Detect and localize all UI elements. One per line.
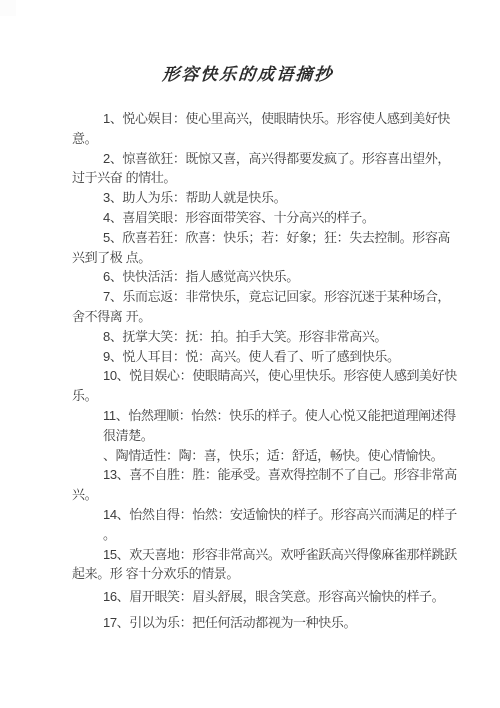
text-line: 意。 (72, 129, 440, 149)
document-page: 形容快乐的成语摘抄 1、悦心娱目：使心里高兴，使眼睛快乐。形容使人感到美好快意。… (0, 0, 500, 708)
text-line: 4、喜眉笑眼：形容面带笑容、十分高兴的样子。 (72, 208, 440, 228)
text-line: 17、引以为乐：把任何活动都视为一种快乐。 (72, 613, 440, 633)
text-line: 起来。形 容十分欢乐的情景。 (72, 564, 440, 584)
text-line: 13、喜不自胜：胜：能承受。喜欢得控制不了自己。形容非常高 (72, 465, 440, 485)
text-line: 3、助人为乐：帮助人就是快乐。 (72, 188, 440, 208)
document-body: 1、悦心娱目：使心里高兴，使眼睛快乐。形容使人感到美好快意。2、惊喜欲狂：既惊又… (0, 109, 500, 633)
text-line: 11、怡然理顺：怡然：快乐的样子。使人心悦又能把道理阐述得 (72, 406, 440, 426)
page-title: 形容快乐的成语摘抄 (0, 0, 500, 85)
text-line: 9、悦人耳目：悦：高兴。使人看了、听了感到快乐。 (72, 347, 440, 367)
text-line: 兴。 (72, 485, 440, 505)
text-line: 15、欢天喜地：形容非常高兴。欢呼雀跃高兴得像麻雀那样跳跃 (72, 545, 440, 565)
text-line: 1、悦心娱目：使心里高兴，使眼睛快乐。形容使人感到美好快 (72, 109, 440, 129)
text-line: 7、乐而忘返：非常快乐，竟忘记回家。形容沉迷于某种场合， (72, 287, 440, 307)
text-line: 很清楚。 (72, 426, 440, 446)
text-line: 、陶情适性：陶：喜，快乐；适：舒适，畅快。使心情愉快。 (72, 446, 440, 466)
text-line: 过于兴奋 的情壮。 (72, 168, 440, 188)
text-line: 16、眉开眼笑：眉头舒展，眼含笑意。形容高兴愉快的样子。 (72, 587, 440, 607)
text-line: 兴到了极 点。 (72, 248, 440, 268)
text-line: 10、悦目娱心：使眼睛高兴，使心里快乐。形容使人感到美好快 (72, 366, 440, 386)
text-line: 6、快快活活：指人感觉高兴快乐。 (72, 267, 440, 287)
text-line: 8、抚掌大笑：抚：拍。拍手大笑。形容非常高兴。 (72, 327, 440, 347)
text-line: 2、惊喜欲狂：既惊又喜，高兴得都要发疯了。形容喜出望外， (72, 149, 440, 169)
text-line: 。 (72, 525, 440, 545)
text-line: 乐。 (72, 386, 440, 406)
text-line: 舍不得离 开。 (72, 307, 440, 327)
text-line: 5、欣喜若狂：欣喜：快乐；若：好象；狂：失去控制。形容高 (72, 228, 440, 248)
text-line: 14、怡然自得：怡然：安适愉快的样子。形容高兴而满足的样子 (72, 505, 440, 525)
